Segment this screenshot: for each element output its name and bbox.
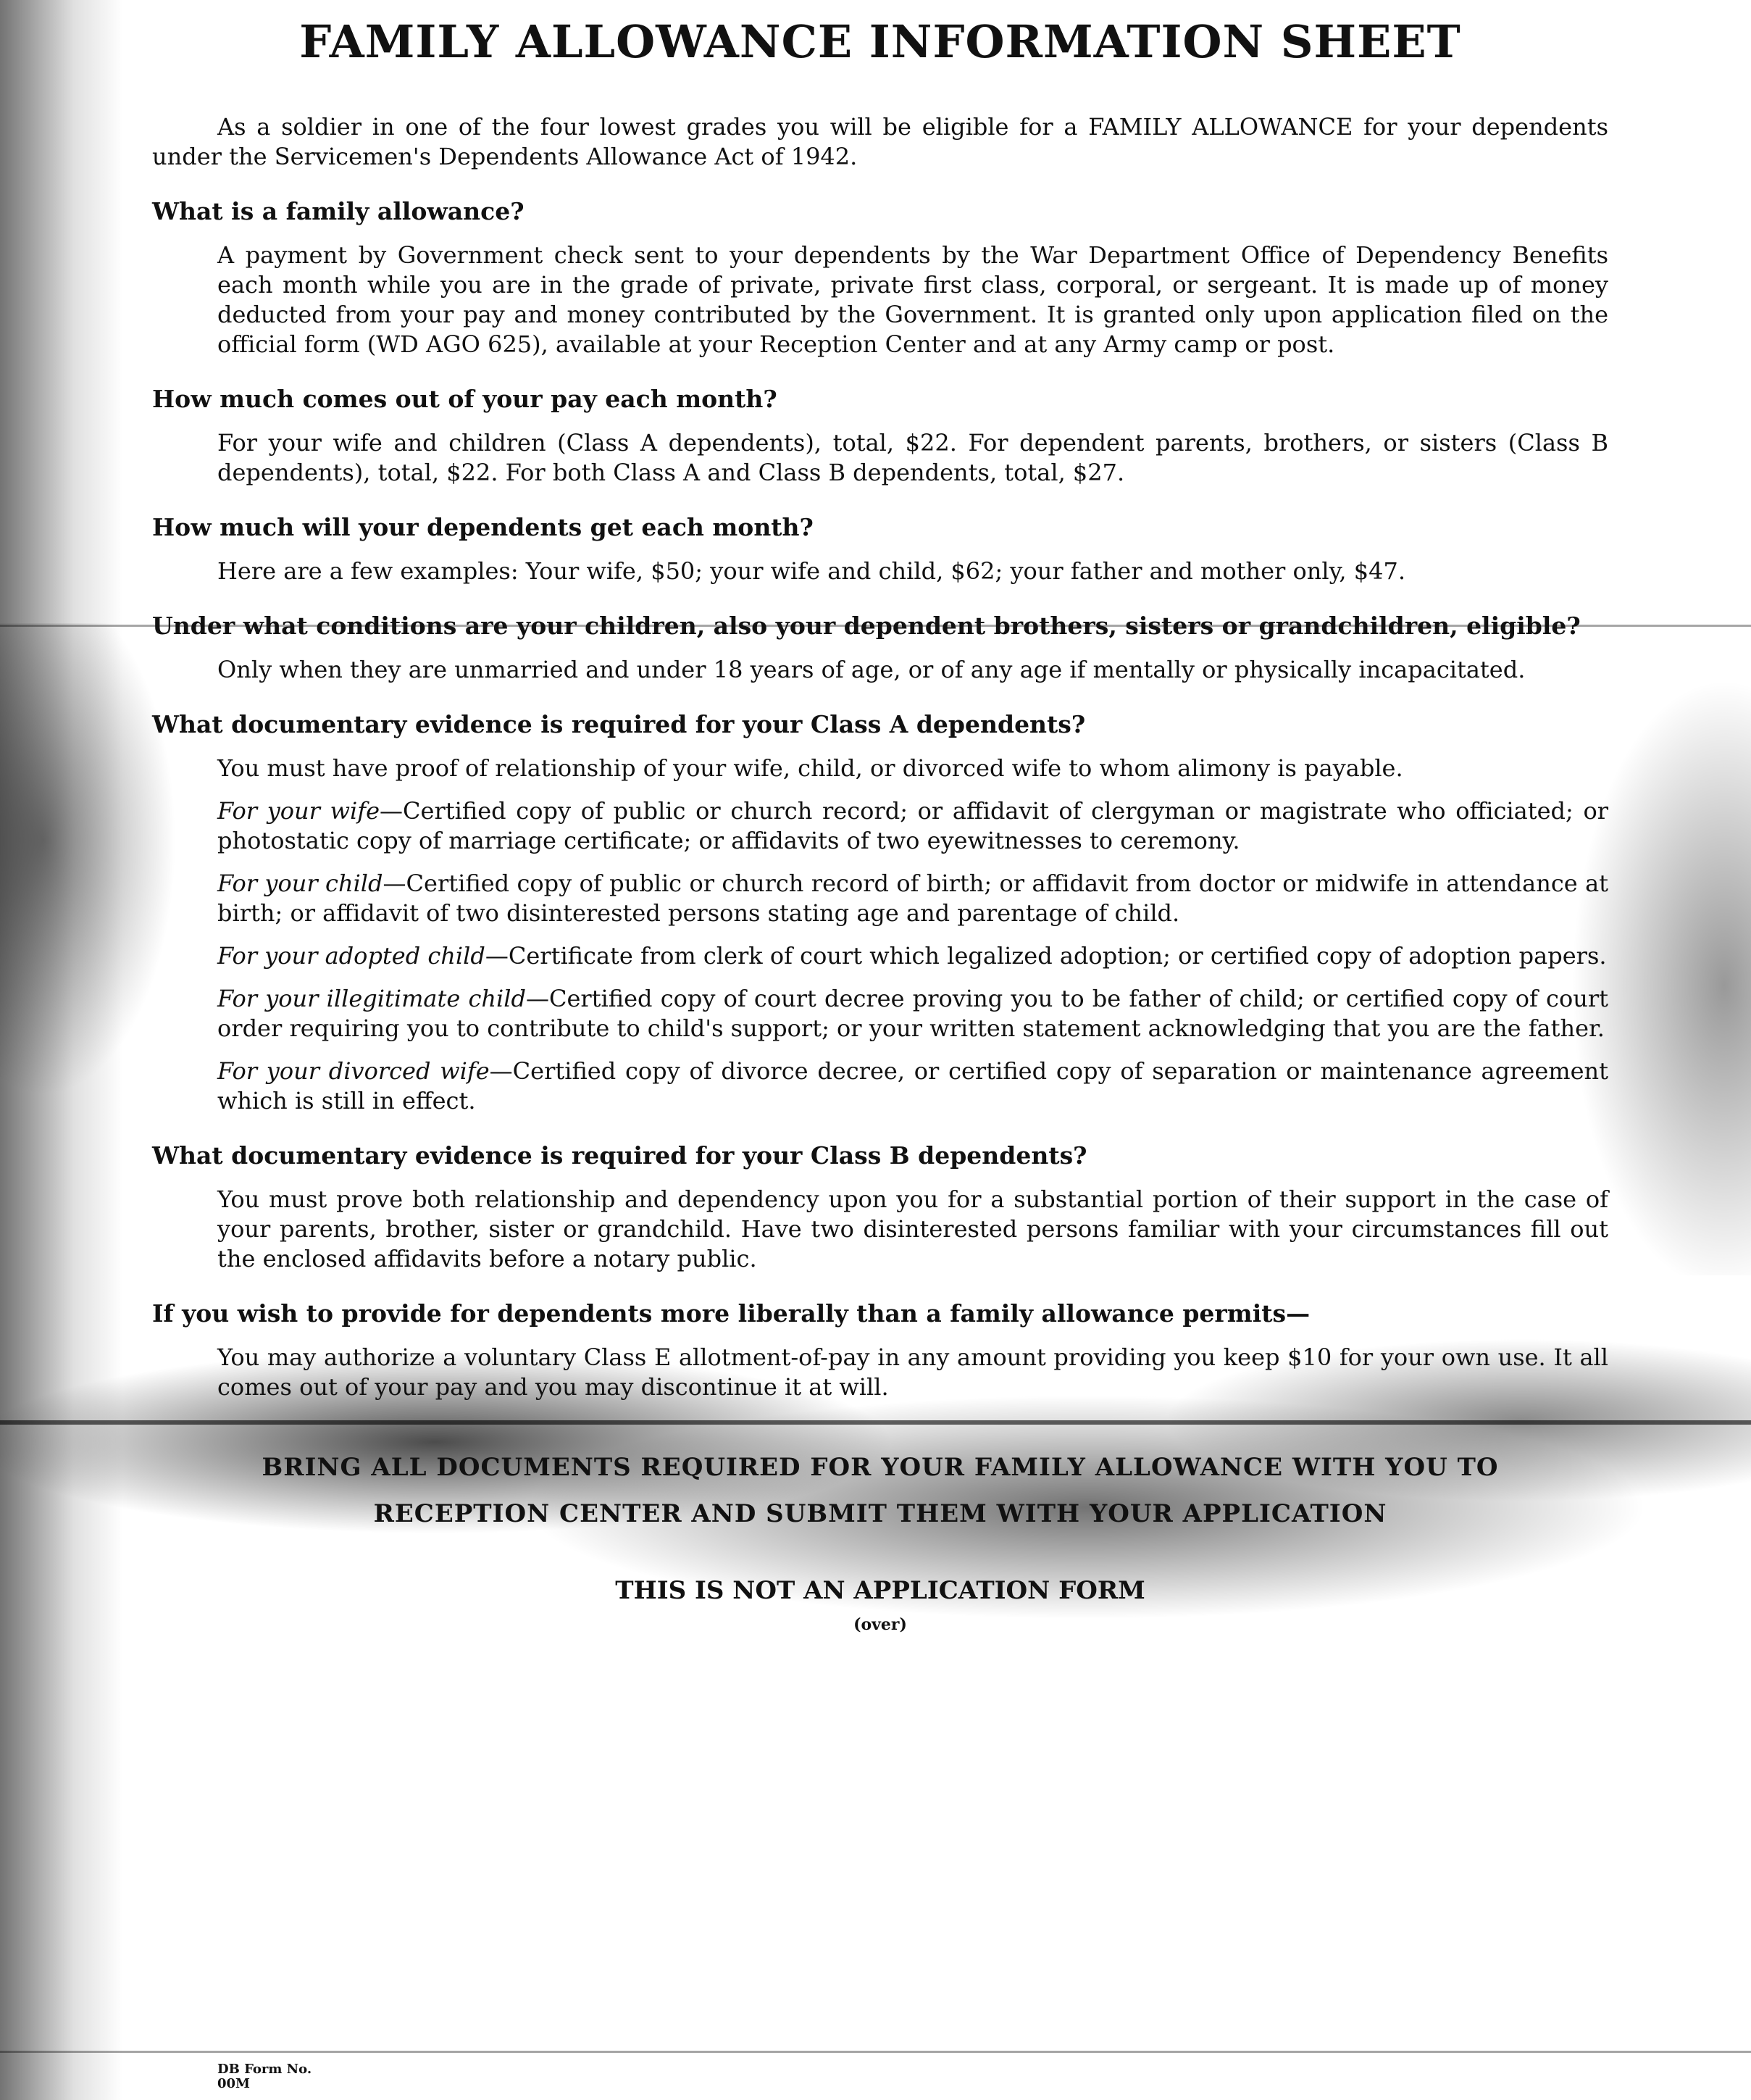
document-title: FAMILY ALLOWANCE INFORMATION SHEET bbox=[152, 16, 1608, 67]
over-indicator: (over) bbox=[152, 1615, 1608, 1634]
answer-lead: For your wife bbox=[217, 797, 380, 825]
answer-text: You must prove both relationship and dep… bbox=[217, 1186, 1608, 1272]
not-application-notice: THIS IS NOT AN APPLICATION FORM bbox=[152, 1576, 1608, 1605]
section-answer: Only when they are unmarried and under 1… bbox=[217, 655, 1608, 685]
section-answer: Here are a few examples: Your wife, $50;… bbox=[217, 557, 1608, 586]
answer-text: You may authorize a voluntary Class E al… bbox=[217, 1343, 1608, 1401]
information-sheet: FAMILY ALLOWANCE INFORMATION SHEET As a … bbox=[152, 0, 1608, 1634]
section-question: Under what conditions are your children,… bbox=[152, 611, 1608, 641]
section-answer: You must have proof of relationship of y… bbox=[217, 754, 1608, 783]
section-answer: For your illegitimate child—Certified co… bbox=[217, 984, 1608, 1043]
section-question: How much will your dependents get each m… bbox=[152, 512, 1608, 542]
answer-text: Only when they are unmarried and under 1… bbox=[217, 656, 1525, 683]
form-number: DB Form No. 00M bbox=[217, 2062, 312, 2091]
answer-text: —Certified copy of public or church reco… bbox=[217, 797, 1608, 854]
notice-line-1: BRING ALL DOCUMENTS REQUIRED FOR YOUR FA… bbox=[152, 1444, 1608, 1491]
section-answer: For your divorced wife—Certified copy of… bbox=[217, 1057, 1608, 1116]
notice-line-2: RECEPTION CENTER AND SUBMIT THEM WITH YO… bbox=[152, 1491, 1608, 1537]
fold-line bbox=[0, 2051, 1751, 2053]
form-number-line-2: 00M bbox=[217, 2077, 312, 2091]
answer-text: Here are a few examples: Your wife, $50;… bbox=[217, 557, 1405, 585]
faq-sections: What is a family allowance?A payment by … bbox=[152, 196, 1608, 1402]
scan-stain-left bbox=[0, 0, 123, 2100]
answer-text: For your wife and children (Class A depe… bbox=[217, 429, 1608, 486]
answer-lead: For your adopted child bbox=[217, 942, 485, 970]
section-question: What is a family allowance? bbox=[152, 196, 1608, 226]
answer-text: —Certificate from clerk of court which l… bbox=[485, 942, 1607, 970]
section-question: How much comes out of your pay each mont… bbox=[152, 384, 1608, 414]
section-answer: You may authorize a voluntary Class E al… bbox=[217, 1343, 1608, 1402]
section-answer: For your wife—Certified copy of public o… bbox=[217, 796, 1608, 856]
answer-text: You must have proof of relationship of y… bbox=[217, 754, 1403, 782]
section-question: What documentary evidence is required fo… bbox=[152, 1141, 1608, 1170]
answer-lead: For your illegitimate child bbox=[217, 985, 526, 1012]
answer-lead: For your divorced wife bbox=[217, 1057, 490, 1085]
section-answer: A payment by Government check sent to yo… bbox=[217, 241, 1608, 359]
section-answer: For your adopted child—Certificate from … bbox=[217, 941, 1608, 971]
section-answer: For your wife and children (Class A depe… bbox=[217, 428, 1608, 488]
answer-text: —Certified copy of public or church reco… bbox=[217, 870, 1608, 927]
form-number-line-1: DB Form No. bbox=[217, 2062, 312, 2077]
section-answer: You must prove both relationship and dep… bbox=[217, 1185, 1608, 1274]
answer-lead: For your child bbox=[217, 870, 383, 897]
section-answer: For your child—Certified copy of public … bbox=[217, 869, 1608, 928]
section-question: If you wish to provide for dependents mo… bbox=[152, 1299, 1608, 1328]
answer-text: A payment by Government check sent to yo… bbox=[217, 241, 1608, 358]
bring-documents-notice: BRING ALL DOCUMENTS REQUIRED FOR YOUR FA… bbox=[152, 1444, 1608, 1537]
section-question: What documentary evidence is required fo… bbox=[152, 709, 1608, 739]
intro-paragraph: As a soldier in one of the four lowest g… bbox=[152, 112, 1608, 172]
